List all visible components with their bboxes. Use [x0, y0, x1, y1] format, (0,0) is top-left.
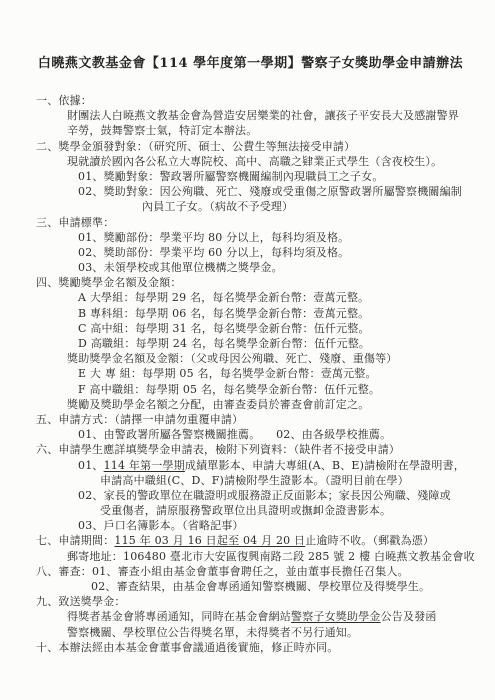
section-6-heading: 六、申請學生應詳填獎學金申請表，檢附下列資料：（缺件者不接受申請） [36, 442, 465, 457]
section-7-heading: 七、申請期間：115 年 03 月 16 日起至 04 月 20 日止逾時不收。… [36, 533, 465, 548]
section-9-line-1-prefix: 得獎者基金會將專函通知，同時在基金會網站 [67, 610, 291, 623]
section-9-line-1-rest: 公告及發函 [381, 610, 437, 623]
section-6-item-3: 03、戶口名簿影本。（省略記事） [36, 518, 465, 533]
section-6-item-1: 01、114 年第一學期成績單影本、申請大專組(A、B、E)請檢附在學證明書， [36, 458, 465, 473]
section-4-heading: 四、獎勵獎學金名額及金額： [36, 275, 465, 290]
section-4-subheading: 獎助獎學金名額及金額：（父或母因公殉職、死亡、殘廢、重傷等） [36, 351, 465, 366]
section-3-item-2: 02、獎助部份：學業平均 60 分以上，每科均須及格。 [36, 245, 465, 260]
section-1-heading: 一、依據： [36, 93, 465, 108]
section-8-item-2: 02、審查結果，由基金會專函通知警察機關、學校單位及得獎學生。 [36, 579, 465, 594]
section-4-row-b: B 專科組：每學期 06 名，每名獎學金新台幣：壹萬元整。 [36, 306, 465, 321]
section-2-heading: 二、獎學金頒發對象：（研究所、碩士、公費生等無法接受申請） [36, 139, 465, 154]
section-4-row-f: F 高中職組：每學期 05 名，每名獎學金新台幣：伍仟元整。 [36, 382, 465, 397]
section-2-item-2: 02、獎助對象：因公殉職、死亡、殘廢或受重傷之原警政署所屬警察機關編制 [36, 184, 465, 199]
section-5-heading: 五、申請方式：（請擇一申請勿重覆申請） [36, 412, 465, 427]
section-4-row-d: D 高職組：每學期 24 名，每名獎學金新台幣：伍仟元整。 [36, 336, 465, 351]
section-7-heading-rest: 止逾時不收。（郵戳為憑） [305, 534, 434, 547]
section-5-item-2: 02、由各級學校推薦。 [276, 428, 391, 441]
section-7-heading-prefix: 七、申請期間： [36, 534, 114, 547]
section-3-item-1: 01、獎勵部份：學業平均 80 分以上，每科均須及格。 [36, 230, 465, 245]
section-4-note: 獎勵及獎助學金名額之分配，由審查委員於審查會前訂定之。 [36, 397, 465, 412]
application-period-underlined: 115 年 03 月 16 日起至 04 月 20 日 [114, 534, 305, 547]
section-4-row-a: A 大學組：每學期 29 名，每名獎學金新台幣：壹萬元整。 [36, 290, 465, 305]
section-2-line-1: 現就讀於國內各公私立大專院校、高中、高職之肄業正式學生（含夜校生）。 [36, 154, 465, 169]
section-9-line-1: 得獎者基金會將專函通知，同時在基金會網站警察子女獎助學金公告及發函 [36, 609, 465, 624]
section-6-item-1-rest: 成績單影本、申請大專組(A、B、E)請檢附在學證明書， [185, 459, 465, 472]
section-2-item-2-continued: 內員工子女。（病故不予受理） [36, 199, 465, 214]
document-title: 白曉燕文教基金會【114 學年度第一學期】警察子女獎助學金申請辦法 [36, 57, 465, 71]
section-4-row-e: E 大 專 組：每學期 05 名，每名獎學金新台幣：壹萬元整。 [36, 366, 465, 381]
section-3-heading: 三、申請標準： [36, 215, 465, 230]
section-5-item-1: 01、由警政署所屬各警察機關推薦。 [78, 428, 260, 441]
section-3-item-3: 03、未領學校或其他單位機構之獎學金。 [36, 260, 465, 275]
section-2-item-1: 01、獎勵對象：警政署所屬警察機關編制內現職員工之子女。 [36, 169, 465, 184]
semester-term-underlined: 114 年第一學期 [104, 459, 185, 472]
section-9-line-2: 警察機關、學校單位公告得獎名單，未得獎者不另行通知。 [36, 625, 465, 640]
section-6-item-2-continued: 受重傷者，請原服務警政單位出具證明或撫卹金證書影本。 [36, 503, 465, 518]
section-5-items: 01、由警政署所屬各警察機關推薦。 02、由各級學校推薦。 [36, 427, 465, 442]
section-6-item-1-continued: 申請高中職組(C、D、F)請檢附學生證影本。（證明目前在學） [36, 473, 465, 488]
section-4-row-c: C 高中組：每學期 31 名，每名獎學金新台幣：伍仟元整。 [36, 321, 465, 336]
scholarship-site-link-underlined: 警察子女獎助學金 [291, 610, 381, 623]
section-1-line-1: 財團法人白曉燕文教基金會為營造安居樂業的社會，讓孩子平安長大及感謝警界 [36, 108, 465, 123]
section-6-item-2: 02、家長的警政單位在職證明或服務證正反面影本；家長因公殉職、殘障或 [36, 488, 465, 503]
section-6-item-1-prefix: 01、 [78, 459, 104, 472]
section-1-line-2: 辛勞，鼓舞警察士氣，特訂定本辦法。 [36, 123, 465, 138]
section-10-heading: 十、本辦法經由本基金會董事會議通過後實施，修正時亦同。 [36, 640, 465, 655]
section-9-heading: 九、致送獎學金： [36, 594, 465, 609]
scanned-document-page: 白曉燕文教基金會【114 學年度第一學期】警察子女獎助學金申請辦法 一、依據： … [0, 0, 495, 700]
mailing-address-line: 郵寄地址：106480 臺北市大安區復興南路二段 285 號 2 樓 白曉燕文教… [36, 549, 465, 564]
document-body: 白曉燕文教基金會【114 學年度第一學期】警察子女獎助學金申請辦法 一、依據： … [0, 0, 495, 655]
section-8-heading: 八、審查：01、審查小組由基金會董事會聘任之，並由董事長擔任召集人。 [36, 564, 465, 579]
